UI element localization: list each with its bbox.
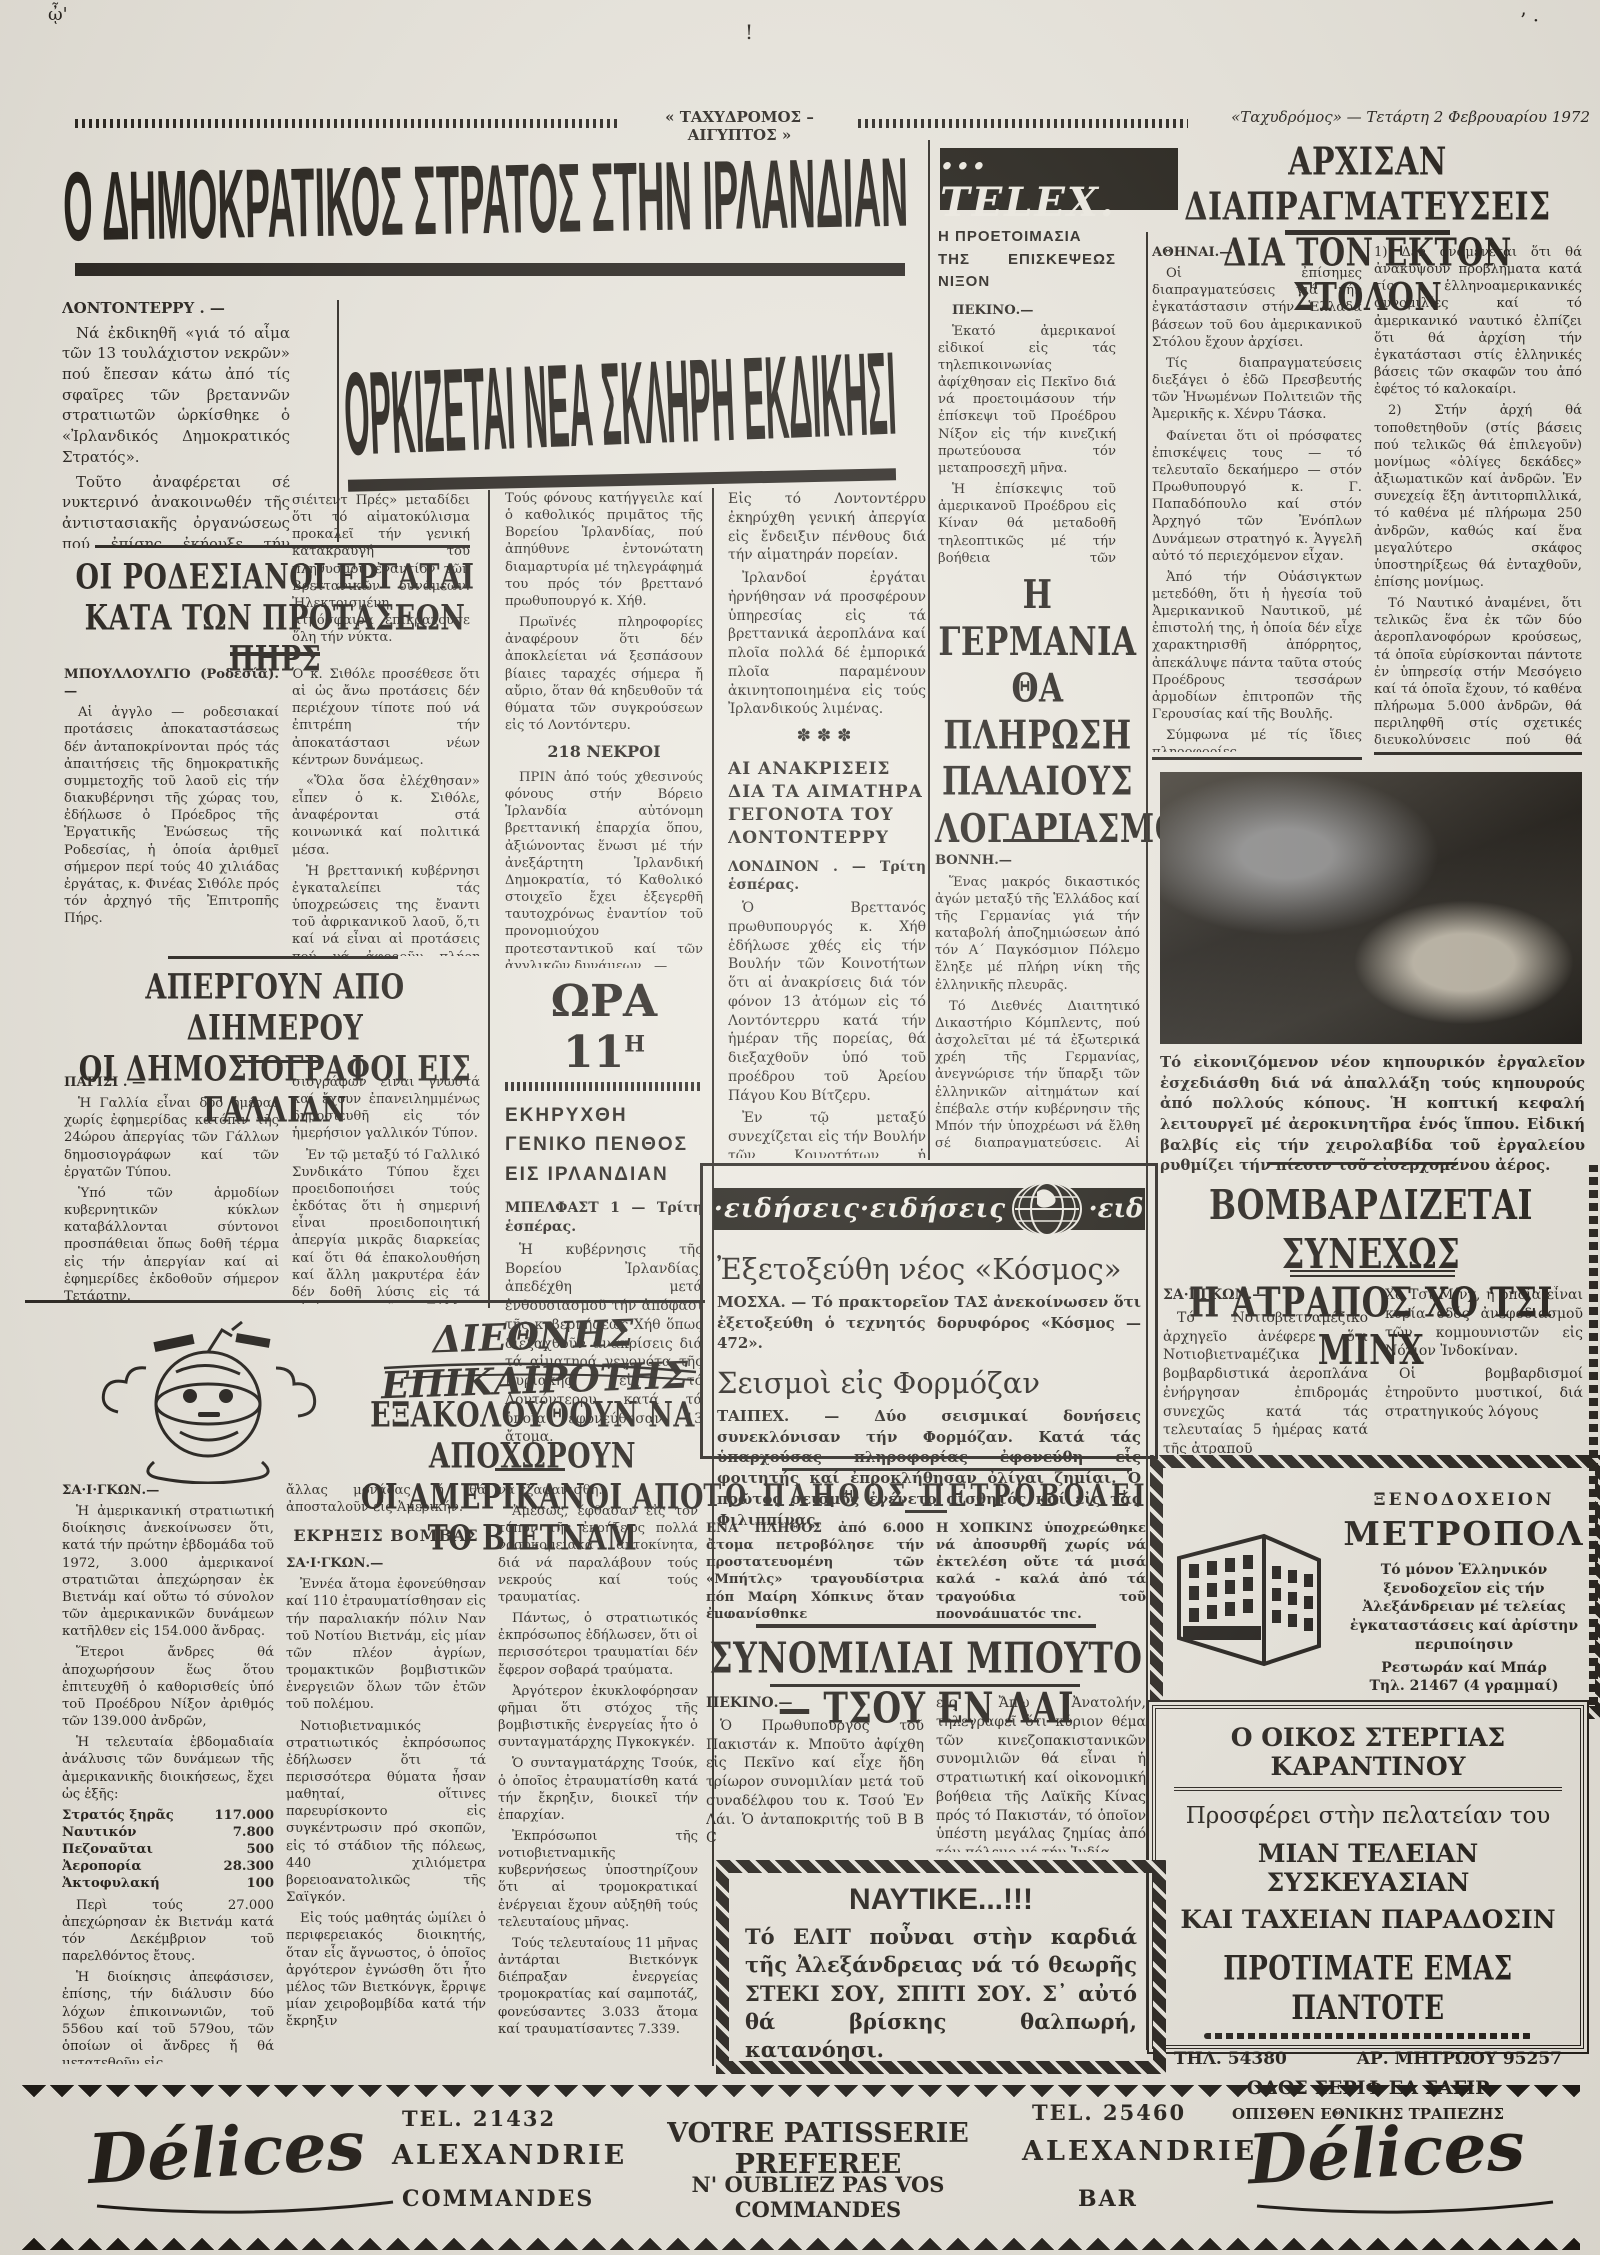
stolos-point: Τό Ναυτικό ἀναμένει, ὅτι τελικῶς ἕνα ἐκ … xyxy=(1374,595,1582,744)
kosmos-headline: Ἐξετοξεύθη νέος «Κόσμος» xyxy=(717,1252,1141,1286)
delices-logo-left: Délices xyxy=(86,2104,395,2200)
stat-value: 500 xyxy=(246,1841,274,1858)
scan-mark: ! xyxy=(745,20,753,44)
kosmos-body: ΜΟΣΧΑ. — Τό πρακτορεῖον ΤΑΣ ἀνεκοίνωσεν … xyxy=(717,1292,1141,1354)
germany-dateline: ΒΟΝΝΗ.— xyxy=(935,852,1140,869)
chain-divider xyxy=(1204,2033,1532,2039)
headline-line: ΟΙ ΡΟΔΕΣΙΑΝΟΙ ΕΡΓΑΤΑΙ xyxy=(60,558,490,599)
svg-text:ΟΡΚΙΖΕΤΑΙ ΝΕΑ ΣΚΛΗΡΗ ΕΚΔΙΚΗΣΙ: ΟΡΚΙΖΕΤΑΙ ΝΕΑ ΣΚΛΗΡΗ ΕΚΔΙΚΗΣΙ xyxy=(342,328,899,481)
karantinou-phone: ΤΗΛ. 54380 xyxy=(1174,2049,1287,2069)
garden-tool-photo xyxy=(1160,772,1582,1044)
lead-col-c: Τούς φόνους κατήγγειλε καί ὁ καθολικός π… xyxy=(505,490,703,968)
anakriseis-paragraph: Ἐν τῷ μεταξύ συνεχίζεται εἰς τήν Βουλήν … xyxy=(728,1109,926,1158)
apergoun-paragraph: σιογράφων εἶναι γνωστά καί ἔχουν ἐπανειλ… xyxy=(292,1074,480,1143)
section-rule xyxy=(95,545,470,548)
bombard-paragraph: Οἱ βομβαρδισμοί ἐτηροῦντο μυστικοί, διά … xyxy=(1385,1365,1583,1421)
headline-line: ΑΠΕΡΓΟΥΝ ΑΠΟ ΔΙΗΜΕΡΟΥ xyxy=(60,968,490,1050)
formosa-headline: Σεισμοὶ εἰς Φορμόζαν xyxy=(717,1366,1141,1400)
bomb-subhead: ΕΚΡΗΞΙΣ ΒΟΜΒΑΣ xyxy=(286,1526,486,1547)
footer-center-line1: VOTRE PATISSERIE PREFEREE xyxy=(618,2118,1018,2180)
vietnam-paragraph: Ὁ συνταγματάρχης Τσούκ, ὁ ὁποῖος ἐτραυμα… xyxy=(498,1755,698,1824)
footer-phone-left: TEL. 21432 xyxy=(402,2106,582,2131)
bombard-col-1: ΣΑ·Ι·ΓΚΩΝ.— Τό Νοτιοβιετναμέζικο ἀρχηγεῖ… xyxy=(1163,1286,1368,1454)
headline-line: ΔΙΑ ΤΑ ΑΙΜΑΤΗΡΑ xyxy=(728,781,926,804)
karantinou-registry: ΑΡ. ΜΗΤΡΩΟΥ 95257 xyxy=(1357,2049,1562,2069)
stat-row: Ναυτικόν7.800 xyxy=(62,1824,274,1841)
stolos-paragraph: Τίς διαπραγματεύσεις διεξάγει ὁ ἐδῶ Πρεσ… xyxy=(1152,355,1362,424)
rodesia-headline: ΟΙ ΡΟΔΕΣΙΑΝΟΙ ΕΡΓΑΤΑΙ ΚΑΤΑ ΤΩΝ ΠΡΟΤΑΣΕΩΝ… xyxy=(60,558,490,680)
zigzag-border-bottom xyxy=(20,2228,1580,2250)
vietnam-col-3: νά ἐξαφανισθῆ. Ἀμέσως, ἔφθασαν εἰς τόν τ… xyxy=(498,1482,698,2064)
ora11-kicker: ΕΚΗΡΥΧΘΗ ΓΕΝΙΚΟ ΠΕΝΘΟΣ ΕΙΣ ΙΡΛΑΝΔΙΑΝ xyxy=(505,1101,703,1189)
logo-underline-right xyxy=(1255,2196,1555,2214)
headline-rule xyxy=(905,1510,947,1513)
germany-paragraph: Τό Διεθνές Διαιτητικό Δικαστήριο Κόμπλεν… xyxy=(935,998,1140,1149)
section-rule xyxy=(756,1624,1096,1628)
telex-paragraph: Ἑκατό ἀμερικανοί εἰδικοί εἰς τάς τηλεπικ… xyxy=(938,323,1116,477)
lead-col-a: ΛΟΝΤΟΝΤΕΡΡΥ . — Νά ἐκδικηθῆ «γιά τό αἷμα… xyxy=(62,298,290,548)
apergoun-paragraph: Ἐν τῷ μεταξύ τό Γαλλικό Συνδικάτο Τύπου … xyxy=(292,1147,480,1304)
telex-column: Η ΠΡΟΕΤΟΙΜΑΣΙΑ ΤΗΣ ΕΠΙΣΚΕΨΕΩΣ ΝΙΞΟΝ ΠΕΚΙ… xyxy=(938,226,1116,564)
vietnam-paragraph: Πάντως, ὁ στρατιωτικός ἐκπρόσωπος ἐδήλωσ… xyxy=(498,1610,698,1679)
apergoun-paragraph: Ὑπό τῶν ἁρμοδίων κυβερνητικῶν κύκλων κατ… xyxy=(64,1185,279,1304)
ora11-title: ΩΡΑ 11 xyxy=(551,976,657,1078)
section-divider xyxy=(1146,232,1148,2050)
star-divider: ✽✽✽ xyxy=(728,725,926,748)
lead-col-d: Εἰς τό Λοντοντέρρυ ἐκηρύχθη γενική ἀπεργ… xyxy=(728,490,926,1158)
lead-subheadline: ΟΡΚΙΖΕΤΑΙ ΝΕΑ ΣΚΛΗΡΗ ΕΚΔΙΚΗΣΙ xyxy=(335,311,916,488)
news-briefs-box: ·ειδήσεις·ειδήσεις ·ειδ Ἐξετοξεύθη νέος … xyxy=(700,1163,1158,1459)
telex-paragraph: Ἡ ἐπίσκεψις τοῦ ἀμερικανοῦ Προέδρου εἰς … xyxy=(938,481,1116,564)
ad-elit-club: ΝΑΥΤΙΚΕ...!!! Τό ΕΛΙΤ ποὖναι στὴν καρδιά… xyxy=(716,1860,1166,2074)
column-end-rule xyxy=(1152,757,1362,760)
section-rule xyxy=(25,1300,705,1303)
anakriseis-dateline: ΛΟΝΔΙΝΟΝ . — Τρίτη ἑσπέρας. xyxy=(728,858,926,896)
kicker-line: ΕΚΗΡΥΧΘΗ xyxy=(505,1101,703,1130)
telex-dateline: ΠΕΚΙΝΟ.— xyxy=(938,302,1116,319)
scan-mark: ᾦ' xyxy=(48,4,68,25)
ora11-dateline: ΜΠΕΛΦΑΣΤ 1 — Τρίτη ἑσπέρας. xyxy=(505,1199,703,1237)
karantinou-line1: Προσφέρει στὴν πελατείαν του xyxy=(1174,1803,1562,1829)
svg-text:Ο ΔΗΜΟΚΡΑΤΙΚΟΣ ΣΤΡΑΤΟΣ ΣΤΗΝ ΙΡ: Ο ΔΗΜΟΚΡΑΤΙΚΟΣ ΣΤΡΑΤΟΣ ΣΤΗΝ ΙΡΛΑΝΔΙΑΝ xyxy=(62,137,909,262)
headline-rule xyxy=(1285,230,1450,235)
metropol-name: ΜΕΤΡΟΠΟΛ xyxy=(1339,1514,1589,1553)
column-end-rule xyxy=(1374,752,1582,755)
telex-logo-box: ... TELEX. xyxy=(940,148,1178,210)
lead-paragraph: Τοῦτο ἀναφέρεται σέ νυκτερινό ἀνακοινωθέ… xyxy=(62,472,290,549)
metropol-body: Τό μόνον Ἑλληνικόν ξενοδοχεῖον εἰς τήν Ἀ… xyxy=(1339,1561,1589,1655)
rodesia-paragraph: Ὁ κ. Σιθόλε προσέθεσε ὅτι αἱ ὡς ἄνω προτ… xyxy=(292,666,480,769)
synomiliai-paragraph: εἰς Ἄπω Ἀνατολήν, τηλεγραφεῖ ὅτι κύριον … xyxy=(936,1694,1146,1852)
apergoun-col-1: ΠΑΡΙΣΙ . — Ἡ Γαλλία εἶναι δύο ἡμέρας χωρ… xyxy=(64,1074,279,1304)
headline-line: ΓΕΓΟΝΟΤΑ ΤΟΥ xyxy=(728,804,926,827)
globe-icon xyxy=(1011,1180,1083,1238)
lead-headline: Ο ΔΗΜΟΚΡΑΤΙΚΟΣ ΣΤΡΑΤΟΣ ΣΤΗΝ ΙΡΛΑΝΔΙΑΝ xyxy=(54,125,921,265)
zigzag-border-top xyxy=(20,2085,1580,2107)
headline-line: ΑΡΧΙΣΑΝ ΔΙΑΠΡΑΓΜΑΤΕΥΣΕΙΣ xyxy=(1150,140,1585,231)
telex-logo-text: ... TELEX. xyxy=(940,132,1178,226)
metropol-phone: Τηλ. 21467 (4 γραμμαί) xyxy=(1339,1677,1589,1696)
vietnam-paragraph: Νοτιοβιετναμικός στρατιωτικός ἐκπρόσωπος… xyxy=(286,1718,486,1907)
stat-value: 100 xyxy=(246,1875,274,1892)
footer-commandes: COMMANDES xyxy=(402,2186,612,2212)
lead-paragraph: Εἰς τό Λοντοντέρρυ ἐκηρύχθη γενική ἀπεργ… xyxy=(728,490,926,565)
vietnam-paragraph: Ἀργότερον ἐκυκλοφόρησαν φῆμαι ὅτι στόχος… xyxy=(498,1683,698,1752)
plithos-headline: ΤΟ ΠΛΗΘΟΣ ΠΕΤΡΟΒΟΛΕΙ xyxy=(700,1478,1152,1514)
band-text-left: ·ειδήσεις·ειδήσεις xyxy=(713,1194,1007,1224)
vietnam-paragraph: ἄλλας μονάδας ἤ θά ἀποσταλοῦν εἰς Ἀμερικ… xyxy=(286,1482,486,1516)
photo-caption: Τό εἰκονιζόμενον νέον κηπουρικόν ἐργαλεῖ… xyxy=(1160,1052,1585,1176)
kicker-line: ΓΕΝΙΚΟ ΠΕΝΘΟΣ xyxy=(505,1130,703,1159)
ad-metropol: ΞΕΝΟΔΟΧΕΙΟΝ ΜΕΤΡΟΠΟΛ Τό μόνον Ἑλληνικόν … xyxy=(1150,1455,1600,1719)
vietnam-paragraph: Ἕτεροι ἄνδρες θά ἀποχωρήσουν ἕως ὅτου ἐπ… xyxy=(62,1644,274,1730)
elit-body: Τό ΕΛΙΤ ποὖναι στὴν καρδιά τῆς Ἀλεξάνδρε… xyxy=(745,1923,1137,2065)
section-title-script: ΔΙΕΘΝΗΣ ΕΠΙΚΑΙΡΟΤΗΣ xyxy=(365,1308,704,1408)
plithos-col-2: Η ΧΟΠΚΙΝΣ ὑποχρεώθηκε νά ἀποσυρθῆ χωρίς … xyxy=(936,1520,1146,1618)
stat-row: Πεζοναῦται500 xyxy=(62,1841,274,1858)
title-flourish xyxy=(380,1360,700,1386)
vietnam-col-1: ΣΑ·Ι·ΓΚΩΝ.— Ἡ ἀμερικανική στρατιωτική δι… xyxy=(62,1482,274,2064)
footer-center-line2: N' OUBLIEZ PAS VOS COMMANDES xyxy=(618,2172,1018,2222)
nekroi-subhead: 218 ΝΕΚΡΟΙ xyxy=(505,742,703,763)
vietnam-paragraph: Ἡ ἀμερικανική στρατιωτική διοίκησις ἀνεκ… xyxy=(62,1503,274,1640)
footer-bar: BAR xyxy=(1078,2186,1198,2212)
stolos-col-1: ΑΘΗΝΑΙ.— Οἱ ἐπίσημες διαπραγματεύσεις γι… xyxy=(1152,244,1362,752)
bombard-paragraph: Χό Τσί Μίνχ, ἡ ὁποία εἶναι κυρία ὁδός ἀν… xyxy=(1385,1286,1583,1361)
masthead-date: «Ταχυδρόμος» — Τετάρτη 2 Φεβρουαρίου 197… xyxy=(1195,108,1590,126)
stat-row: Στρατός ξηρᾶς117.000 xyxy=(62,1807,274,1824)
plithos-col-1: ΕΝΑ ΠΛΗΘΟΣ ἀπό 6.000 ἄτομα πετροβόλησε τ… xyxy=(706,1520,924,1618)
section-rule xyxy=(782,1468,1132,1471)
band-text-right: ·ειδ xyxy=(1087,1194,1145,1224)
hotel-building-icon xyxy=(1169,1518,1329,1668)
vietnam-paragraph: Ἐννέα ἄτομα ἐφονεύθησαν καί 110 ἐτραυματ… xyxy=(286,1576,486,1713)
rodesia-col-1: ΜΠΟΥΛΛΟΥΛΓΙΟ (Ροδεσία).— Αἱ ἀγγλο — ροδε… xyxy=(64,666,279,956)
karantinou-line2: ΜΙΑΝ ΤΕΛΕΙΑΝ ΣΥΣΚΕΥΑΣΙΑΝ xyxy=(1174,1839,1562,1897)
stolos-paragraph: Φαίνεται ὅτι οἱ πρόσφατες ἐπισκέψεις του… xyxy=(1152,428,1362,565)
headline-line: Η ΓΕΡΜΑΝΙΑ xyxy=(935,572,1140,666)
apergoun-paragraph: Ἡ Γαλλία εἶναι δύο ἡμέρας χωρίς ἐφημερίδ… xyxy=(64,1095,279,1181)
rodesia-col-2: Ὁ κ. Σιθόλε προσέθεσε ὅτι αἱ ὡς ἄνω προτ… xyxy=(292,666,480,956)
rodesia-paragraph: Ἡ βρεττανική κυβέρνησι ἐγκαταλείπει τάς … xyxy=(292,863,480,956)
article-germany: Η ΓΕΡΜΑΝΙΑ ΘΑ ΠΛΗΡΩΣΗ ΠΑΛΑΙΟΥΣ ΛΟΓΑΡΙΑΣΜ… xyxy=(935,572,1140,1148)
stolos-paragraph: Οἱ ἐπίσημες διαπραγματεύσεις γιά τήν ἐγκ… xyxy=(1152,265,1362,351)
stat-label: Ναυτικόν xyxy=(62,1824,136,1841)
synomiliai-col-2: εἰς Ἄπω Ἀνατολήν, τηλεγραφεῖ ὅτι κύριον … xyxy=(936,1694,1146,1852)
telex-kicker: Η ΠΡΟΕΤΟΙΜΑΣΙΑ ΤΗΣ ΕΠΙΣΚΕΨΕΩΣ ΝΙΞΟΝ xyxy=(938,226,1116,294)
kicker-line: ΕΙΣ ΙΡΛΑΝΔΙΑΝ xyxy=(505,1160,703,1189)
karantinou-slogan: ΠΡΟΤΙΜΑΤΕ ΕΜΑΣ ΠΑΝΤΟΤΕ xyxy=(1174,1950,1562,2029)
dotted-rule xyxy=(505,1082,703,1091)
bombard-paragraph: Τό Νοτιοβιετναμέζικο ἀρχηγεῖο ἀνέφερε ὅτ… xyxy=(1163,1309,1368,1454)
elit-title: ΝΑΥΤΙΚΕ...!!! xyxy=(745,1883,1137,1917)
headline-rule xyxy=(75,263,905,276)
lead-paragraph: Τούς φόνους κατήγγειλε καί ὁ καθολικός π… xyxy=(505,490,703,610)
headline-line: ΘΑ ΠΛΗΡΩΣΗ xyxy=(935,666,1140,760)
lead-paragraph: Νά ἐκδικηθῆ «γιά τό αἷμα τῶν 13 τουλάχισ… xyxy=(62,323,290,468)
delices-logo-right: Délices xyxy=(1246,2104,1570,2201)
karantinou-title: Ο ΟΙΚΟΣ ΣΤΕΡΓΙΑΣ ΚΑΡΑΝΤΙΝΟΥ xyxy=(1174,1723,1562,1791)
kicker-line: ΤΗΣ ΕΠΙΣΚΕΨΕΩΣ ΝΙΞΟΝ xyxy=(938,249,1116,294)
ad-karantinou: Ο ΟΙΚΟΣ ΣΤΕΡΓΙΑΣ ΚΑΡΑΝΤΙΝΟΥ Προσφέρει στ… xyxy=(1152,1705,1584,2049)
vietnam-paragraph: Εἰς τούς μαθητάς ὡμίλει ὁ περιφερειακός … xyxy=(286,1910,486,2030)
stolos-point: 1) Δέν ἀναμένεται ὅτι θά ἀνακύψουν προβλ… xyxy=(1374,244,1582,398)
headline-line: ΑΙ ΑΝΑΚΡΙΣΕΙΣ xyxy=(728,758,926,781)
vietnam-paragraph: Τούς τελευταίους 11 μῆνας ἀντάρται Βιετκ… xyxy=(498,1935,698,2038)
vietnam-dateline: ΣΑ·Ι·ΓΚΩΝ.— xyxy=(286,1555,486,1572)
scan-mark: ’ · xyxy=(1520,8,1539,32)
apergoun-col-2: σιογράφων εἶναι γνωστά καί ἔχουν ἐπανειλ… xyxy=(292,1074,480,1304)
anakriseis-paragraph: Ὁ Βρεττανός πρωθυπουργός κ. Χήθ ἐδήλωσε … xyxy=(728,899,926,1105)
page-edge-ornament xyxy=(1589,1165,1598,1705)
newspaper-page: ᾦ' ! ’ · « ΤΑΧΥΔΡΟΜΟΣ – ΑΙΓΥΠΤΟΣ » «Ταχυ… xyxy=(0,0,1600,2255)
kicker-line: Η ΠΡΟΕΤΟΙΜΑΣΙΑ xyxy=(938,226,1116,249)
stolos-col-2: 1) Δέν ἀναμένεται ὅτι θά ἀνακύψουν προβλ… xyxy=(1374,244,1582,744)
stat-label: Στρατός ξηρᾶς xyxy=(62,1807,174,1824)
vietnam-paragraph: Ἡ τελευταία ἑβδομαδιαία ἀνάλυσις τῶν δυν… xyxy=(62,1734,274,1803)
stat-value: 117.000 xyxy=(214,1807,274,1824)
vietnam-paragraph: Ἡ διοίκησις ἀπεφάσισεν, ἐπίσης, τήν διάλ… xyxy=(62,1969,274,2064)
stolos-paragraph: Σύμφωνα μέ τίς ἴδιες πληροφορίες xyxy=(1152,727,1362,752)
stat-label: Ἀκτοφυλακή xyxy=(62,1875,160,1892)
lead-paragraph: ΠΡΙΝ ἀπό τούς χθεσινούς φόνους στήν Βόρε… xyxy=(505,769,703,968)
anakriseis-headline: ΑΙ ΑΝΑΚΡΙΣΕΙΣ ΔΙΑ ΤΑ ΑΙΜΑΤΗΡΑ ΓΕΓΟΝΟΤΑ Τ… xyxy=(728,758,926,850)
headline-line: ΛΟΓΑΡΙΑΣΜΟΥΣ xyxy=(935,806,1140,853)
footer-city-right: ALEXANDRIE xyxy=(1022,2136,1252,2167)
vietnam-col-2: ἄλλας μονάδας ἤ θά ἀποσταλοῦν εἰς Ἀμερικ… xyxy=(286,1482,486,2064)
stolos-paragraph: Ἀπό τήν Οὐάσιγκτων μετεδόθη, ὅτι ἡ ἡγεσί… xyxy=(1152,569,1362,723)
vietnam-paragraph: Περὶ τούς 27.000 ἀπεχώρησαν ἐκ Βιετνάμ κ… xyxy=(62,1897,274,1966)
synomiliai-dateline: ΠΕΚΙΝΟ.— xyxy=(706,1694,924,1713)
vietnam-paragraph: νά ἐξαφανισθῆ. xyxy=(498,1482,698,1499)
stat-label: Ἀεροπορία xyxy=(62,1858,142,1875)
masthead-rule-left xyxy=(75,119,620,128)
headline-rule xyxy=(495,1468,565,1471)
metropol-line2: Ρεστωράν καί Μπάρ xyxy=(1339,1659,1589,1678)
vietnam-paragraph: Ἐκπρόσωποι τῆς νοτιοβιετναμικῆς κυβερνήσ… xyxy=(498,1828,698,1931)
metropol-kicker: ΞΕΝΟΔΟΧΕΙΟΝ xyxy=(1339,1490,1589,1510)
rodesia-dateline: ΜΠΟΥΛΛΟΥΛΓΙΟ (Ροδεσία).— xyxy=(64,666,279,700)
germany-paragraph: Ἕνας μακρός δικαστικός ἀγών μεταξύ τῆς Ἑ… xyxy=(935,874,1140,994)
stat-label: Πεζοναῦται xyxy=(62,1841,153,1858)
synomiliai-col-1: ΠΕΚΙΝΟ.— Ὁ Πρωθυπουργός τοῦ Πακιστάν κ. … xyxy=(706,1694,924,1852)
stat-row: Ἀκτοφυλακή100 xyxy=(62,1875,274,1892)
stat-value: 7.800 xyxy=(233,1824,274,1841)
rodesia-paragraph: «Ὅλα ὅσα ἐλέχθησαν» εἶπεν ὁ κ. Σιθόλε, ἀ… xyxy=(292,773,480,859)
stat-value: 28.300 xyxy=(224,1858,274,1875)
rodesia-paragraph: Αἱ ἀγγλο — ροδεσιακαί προτάσεις ἀποκατασ… xyxy=(64,704,279,927)
karantinou-line3: ΚΑΙ ΤΑΧΕΙΑΝ ΠΑΡΑΔΟΣΙΝ xyxy=(1174,1905,1562,1934)
stolos-point: 2) Στήν ἀρχή θά τοποθετηθοῦν (στίς βάσει… xyxy=(1374,402,1582,591)
headline-line: ΕΞΑΚΟΛΟΥΘΟΥΝ ΝΑ ΑΠΟΧΩΡΟΥΝ xyxy=(360,1396,705,1478)
headline-rule xyxy=(770,1684,1080,1687)
vietnam-paragraph: Ἀμέσως, ἔφθασαν εἰς τόν τόπον τῆς ἐκρήξε… xyxy=(498,1503,698,1606)
lead-dateline: ΛΟΝΤΟΝΤΕΡΡΥ . — xyxy=(62,298,290,319)
ora11-superscript: Η xyxy=(624,1031,645,1057)
logo-underline-left xyxy=(95,2196,395,2214)
synomiliai-paragraph: Ὁ Πρωθυπουργός τοῦ Πακιστάν κ. Μποῦτο ἀφ… xyxy=(706,1717,924,1848)
headline-rule xyxy=(230,652,320,656)
apergoun-dateline: ΠΑΡΙΣΙ . — xyxy=(64,1074,279,1091)
bombard-dateline: ΣΑ·Ι·ΓΚΩΝ.— xyxy=(1163,1286,1368,1305)
news-briefs-band: ·ειδήσεις·ειδήσεις ·ειδ xyxy=(713,1188,1145,1230)
section-rule xyxy=(1268,1162,1458,1165)
footer-city-left: ALEXANDRIE xyxy=(392,2140,622,2171)
lead-paragraph: Πρωϊνές πληροφορίες ἀναφέρουν ὅτι δέν ἀπ… xyxy=(505,614,703,734)
headline-rule xyxy=(1290,1270,1455,1277)
vietnam-dateline: ΣΑ·Ι·ΓΚΩΝ.— xyxy=(62,1482,274,1499)
lead-paragraph: Ἰρλανδοί ἐργάται ἠρνήθησαν νά προσφέρουν… xyxy=(728,569,926,719)
stolos-dateline: ΑΘΗΝΑΙ.— xyxy=(1152,244,1362,261)
headline-rule xyxy=(240,1060,320,1063)
headline-line: ΠΑΛΑΙΟΥΣ xyxy=(935,759,1140,806)
germany-headline: Η ΓΕΡΜΑΝΙΑ ΘΑ ΠΛΗΡΩΣΗ ΠΑΛΑΙΟΥΣ ΛΟΓΑΡΙΑΣΜ… xyxy=(935,572,1140,853)
bombard-col-2: Χό Τσί Μίνχ, ἡ ὁποία εἶναι κυρία ὁδός ἀν… xyxy=(1385,1286,1583,1454)
footer-phone-right: TEL. 25460 xyxy=(1032,2100,1212,2125)
vietnam-stats-table: Στρατός ξηρᾶς117.000 Ναυτικόν7.800 Πεζον… xyxy=(62,1807,274,1893)
headline-line: ΒΟΜΒΑΡΔΙΖΕΤΑΙ ΣΥΝΕΧΩΣ xyxy=(1160,1182,1582,1279)
headline-line: ΛΟΝΤΟΝΤΕΡΡΥ xyxy=(728,827,926,850)
stat-row: Ἀεροπορία28.300 xyxy=(62,1858,274,1875)
section-rule xyxy=(168,956,398,959)
column-divider xyxy=(928,140,930,1160)
globe-cartoon xyxy=(58,1312,358,1484)
